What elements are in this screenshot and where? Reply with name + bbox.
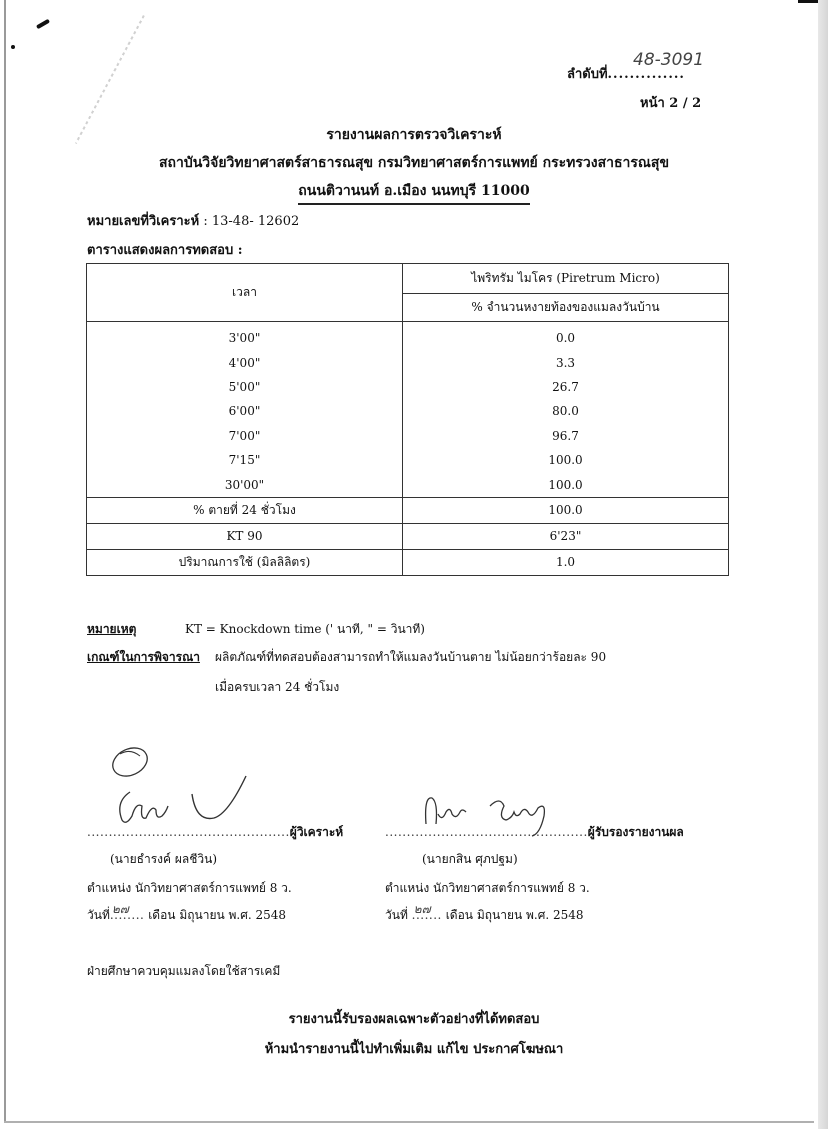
corner-mark — [798, 0, 818, 3]
col-header-product: ไพริทรัม ไมโคร (Piretrum Micro) — [403, 264, 729, 294]
institute-address: ถนนติวานนท์ อ.เมือง นนทบุรี 11000 — [0, 180, 828, 202]
knockdown-percent-cell: 100.0 — [403, 448, 729, 472]
knockdown-percent-cell: 100.0 — [403, 472, 729, 497]
analyst-date-day: ๒๗ — [112, 900, 129, 919]
certifier-date-prefix: วันที่ — [385, 908, 412, 922]
certifier-name: (นายกสิน ศุภปฐม) — [422, 850, 518, 869]
analyst-position: ตำแหน่ง นักวิทยาศาสตร์การแพทย์ 8 ว. — [87, 879, 292, 898]
sequence-handwritten: 48-3091 — [633, 50, 704, 70]
table-header-row: เวลา ไพริทรัม ไมโคร (Piretrum Micro) — [87, 264, 729, 294]
remark-text: KT = Knockdown time (' นาที, " = วินาที) — [185, 622, 425, 636]
summary-row: ปริมาณการใช้ (มิลลิลิตร)1.0 — [87, 549, 729, 575]
table-row: 4'00"3.3 — [87, 350, 729, 374]
analyst-sign-dots: ........................................… — [87, 825, 290, 839]
report-title: รายงานผลการตรวจวิเคราะห์ — [0, 124, 828, 146]
remark-label: หมายเหตุ — [87, 620, 185, 639]
department: ฝ่ายศึกษาควบคุมแมลงโดยใช้สารเคมี — [87, 962, 280, 981]
analyst-signature — [100, 742, 260, 832]
time-cell: 30'00" — [87, 472, 403, 497]
analyst-sign-line: ........................................… — [87, 823, 343, 842]
certifier-date: วันที่ .......๒๗ เดือน มิถุนายน พ.ศ. 254… — [385, 906, 584, 925]
summary-label: ปริมาณการใช้ (มิลลิลิตร) — [87, 549, 403, 575]
sequence-label: ลำดับที่ — [567, 67, 608, 82]
table-caption: ตารางแสดงผลการทดสอบ : — [87, 239, 243, 260]
criteria-line1: ผลิตภัณฑ์ที่ทดสอบต้องสามารถทำให้แมลงวันบ… — [215, 650, 606, 664]
summary-row: % ตายที่ 24 ชั่วโมง100.0 — [87, 497, 729, 523]
time-cell: 3'00" — [87, 322, 403, 351]
time-cell: 4'00" — [87, 350, 403, 374]
knockdown-percent-cell: 80.0 — [403, 399, 729, 423]
analyst-date-suffix: เดือน มิถุนายน พ.ศ. 2548 — [148, 908, 286, 922]
analysis-value: 13-48- 12602 — [212, 214, 299, 229]
summary-label: KT 90 — [87, 523, 403, 549]
knockdown-percent-cell: 26.7 — [403, 375, 729, 399]
time-cell: 7'15" — [87, 448, 403, 472]
col-header-time: เวลา — [87, 264, 403, 322]
analyst-date-prefix: วันที่ — [87, 908, 110, 922]
page-edge-bottom — [4, 1121, 814, 1123]
table-row: 30'00"100.0 — [87, 472, 729, 497]
criteria: เกณฑ์ในการพิจารณาผลิตภัณฑ์ที่ทดสอบต้องสา… — [87, 648, 727, 667]
knockdown-percent-cell: 96.7 — [403, 424, 729, 448]
remark: หมายเหตุKT = Knockdown time (' นาที, " =… — [87, 620, 425, 639]
knockdown-percent-cell: 3.3 — [403, 350, 729, 374]
ink-mark — [36, 19, 50, 29]
certifier-position: ตำแหน่ง นักวิทยาศาสตร์การแพทย์ 8 ว. — [385, 879, 590, 898]
certifier-date-day: ๒๗ — [414, 900, 431, 919]
table-row: 6'00"80.0 — [87, 399, 729, 423]
analyst-name: (นายธำรงค์ ผลชีวิน) — [110, 850, 217, 869]
certifier-sign-line: ........................................… — [385, 823, 684, 842]
institute-name: สถาบันวิจัยวิทยาศาสตร์สาธารณสุข กรมวิทยา… — [0, 152, 828, 174]
time-cell: 5'00" — [87, 375, 403, 399]
results-table: เวลา ไพริทรัม ไมโคร (Piretrum Micro) % จ… — [86, 263, 729, 576]
knockdown-percent-cell: 0.0 — [403, 322, 729, 351]
table-row: 3'00"0.0 — [87, 322, 729, 351]
col-header-knockdown: % จำนวนหงายท้องของแมลงวันบ้าน — [403, 294, 729, 322]
table-row: 5'00"26.7 — [87, 375, 729, 399]
summary-value: 6'23" — [403, 523, 729, 549]
summary-value: 100.0 — [403, 497, 729, 523]
certifier-date-suffix: เดือน มิถุนายน พ.ศ. 2548 — [446, 908, 584, 922]
analysis-number: หมายเลขที่วิเคราะห์ : 13-48- 12602 — [87, 210, 299, 231]
footer-disclaimer-2: ห้ามนำรายงานนี้ไปทำเพิ่มเติม แก้ไข ประกา… — [0, 1038, 828, 1059]
analysis-separator: : — [203, 214, 207, 229]
analyst-role: ผู้วิเคราะห์ — [290, 825, 343, 839]
page-number: หน้า 2 / 2 — [640, 92, 701, 113]
certifier-role: ผู้รับรองรายงานผล — [588, 825, 684, 839]
summary-row: KT 906'23" — [87, 523, 729, 549]
address-text: ถนนติวานนท์ อ.เมือง นนทบุรี 11000 — [298, 183, 529, 205]
table-row: 7'00"96.7 — [87, 424, 729, 448]
footer-disclaimer-1: รายงานนี้รับรองผลเฉพาะตัวอย่างที่ได้ทดสอ… — [0, 1008, 828, 1029]
ink-dot — [11, 45, 15, 49]
analysis-label: หมายเลขที่วิเคราะห์ — [87, 214, 199, 229]
criteria-label: เกณฑ์ในการพิจารณา — [87, 648, 215, 667]
analyst-date: วันที่........๒๗ เดือน มิถุนายน พ.ศ. 254… — [87, 906, 286, 925]
table-row: 7'15"100.0 — [87, 448, 729, 472]
summary-label: % ตายที่ 24 ชั่วโมง — [87, 497, 403, 523]
certifier-sign-dots: ........................................… — [385, 825, 588, 839]
summary-value: 1.0 — [403, 549, 729, 575]
criteria-line2: เมื่อครบเวลา 24 ชั่วโมง — [215, 678, 339, 697]
time-cell: 7'00" — [87, 424, 403, 448]
time-cell: 6'00" — [87, 399, 403, 423]
